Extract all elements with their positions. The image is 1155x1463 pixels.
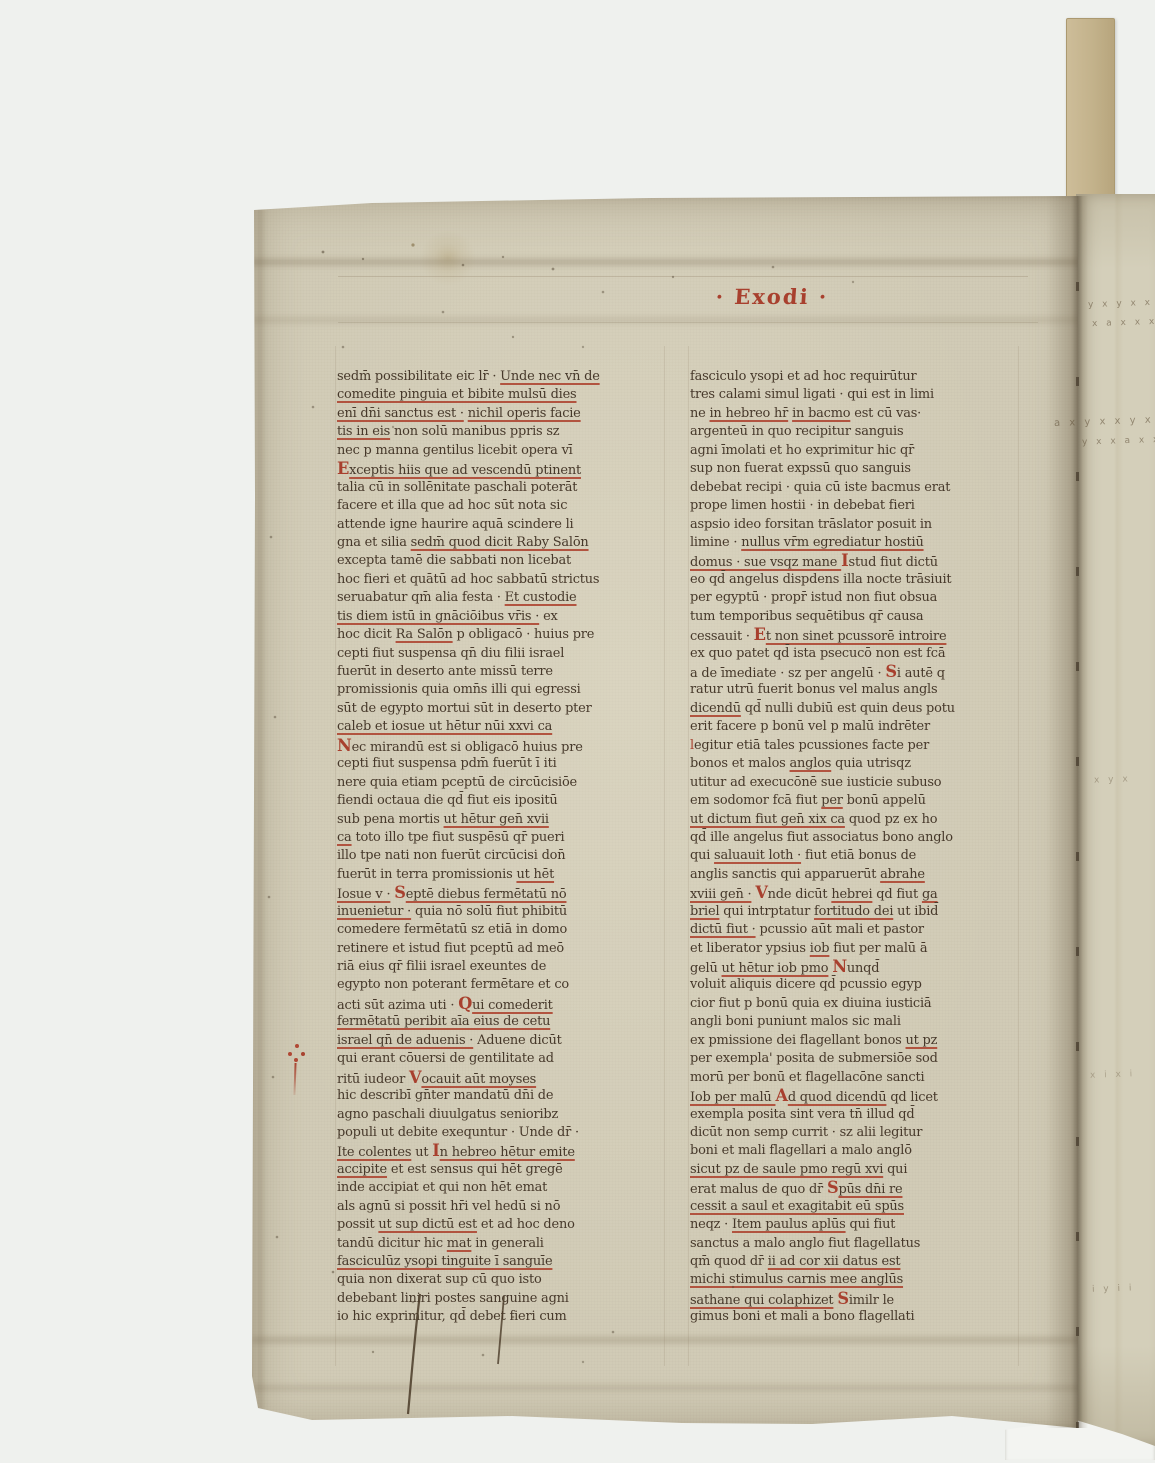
margin-scribble: i y i i bbox=[1092, 1283, 1135, 1294]
speckles bbox=[252, 196, 254, 198]
scan-background: y x y x x x a x x x a x y x x y x x y x … bbox=[0, 0, 1155, 1463]
pen-trial-strokes bbox=[252, 196, 1078, 1428]
margin-scribble: x i x i bbox=[1090, 1069, 1136, 1081]
bookmark-tab bbox=[1066, 18, 1115, 212]
stitching bbox=[1076, 196, 1079, 1428]
margin-scribble: x y x bbox=[1094, 774, 1131, 785]
gutter-fold bbox=[1046, 196, 1088, 1428]
manuscript-page: · Exodi · sedm̄ possibilitate eiꞇ lr̄ · … bbox=[252, 196, 1078, 1428]
